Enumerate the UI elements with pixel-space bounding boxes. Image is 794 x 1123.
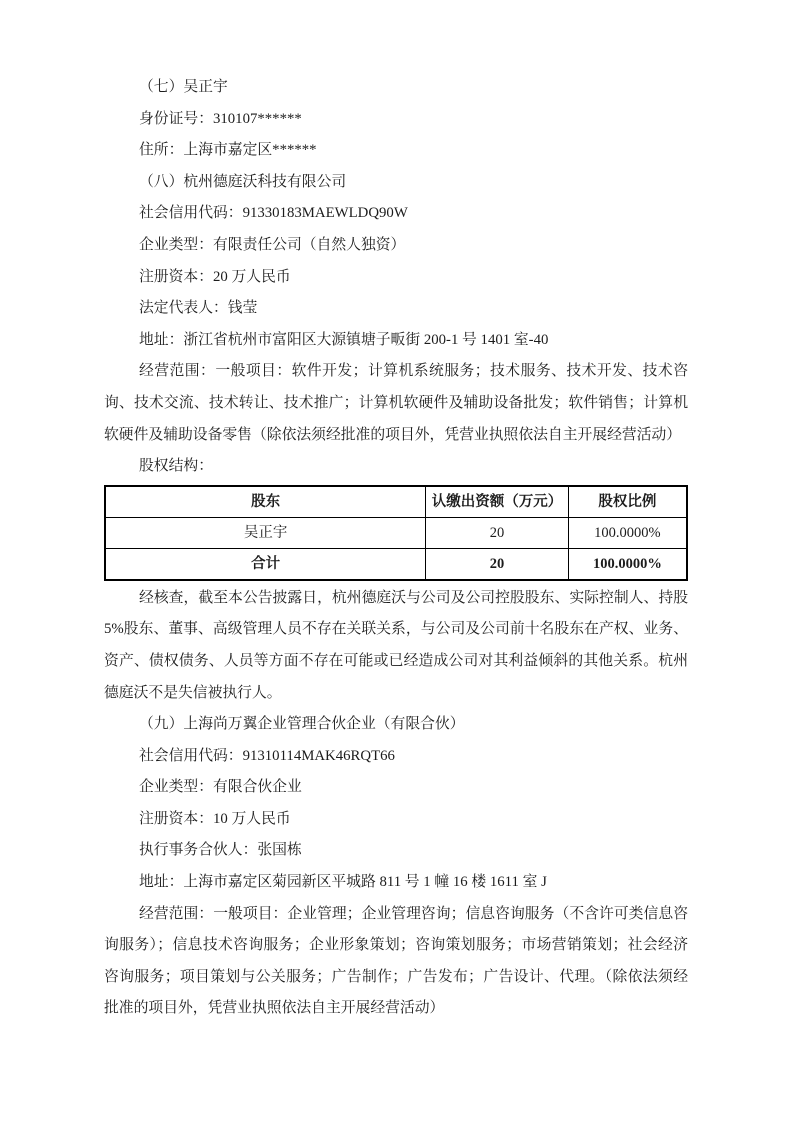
section9-credit-code: 社会信用代码：91310114MAK46RQT66 [104,741,688,773]
equity-structure-label: 股权结构： [104,451,688,483]
equity-cell-capital: 20 [426,517,569,548]
document-page: （七）吴正宇 身份证号：310107****** 住所：上海市嘉定区******… [0,0,794,1123]
section9-company-type: 企业类型：有限合伙企业 [104,772,688,804]
equity-table: 股东 认缴出资额（万元） 股权比例 吴正宇 20 100.0000% 合计 20… [104,485,688,581]
equity-total-label: 合计 [105,548,426,580]
equity-table-header-row: 股东 认缴出资额（万元） 股权比例 [105,486,687,518]
equity-table-header-shareholder: 股东 [105,486,426,518]
equity-cell-ratio: 100.0000% [568,517,687,548]
section8-legal-representative: 法定代表人：钱莹 [104,293,688,325]
section9-heading: （九）上海尚万翼企业管理合伙企业（有限合伙） [104,709,688,741]
section9-business-scope: 经营范围：一般项目：企业管理；企业管理咨询；信息咨询服务（不含许可类信息咨询服务… [104,899,688,1025]
equity-table-header-capital: 认缴出资额（万元） [426,486,569,518]
document-content: （七）吴正宇 身份证号：310107****** 住所：上海市嘉定区******… [104,72,688,1025]
section8-company-type: 企业类型：有限责任公司（自然人独资） [104,230,688,262]
table-row: 吴正宇 20 100.0000% [105,517,687,548]
section9-address: 地址：上海市嘉定区菊园新区平城路 811 号 1 幢 16 楼 1611 室 J [104,867,688,899]
equity-total-capital: 20 [426,548,569,580]
section9-executive-partner: 执行事务合伙人：张国栋 [104,835,688,867]
section8-registered-capital: 注册资本：20 万人民币 [104,262,688,294]
section8-verification: 经核查，截至本公告披露日，杭州德庭沃与公司及公司控股股东、实际控制人、持股 5%… [104,583,688,709]
equity-table-header-ratio: 股权比例 [568,486,687,518]
equity-cell-shareholder: 吴正宇 [105,517,426,548]
section7-heading: （七）吴正宇 [104,72,688,104]
section8-credit-code: 社会信用代码：91330183MAEWLDQ90W [104,198,688,230]
section8-address: 地址：浙江省杭州市富阳区大源镇塘子畈街 200-1 号 1401 室-40 [104,325,688,357]
section9-registered-capital: 注册资本：10 万人民币 [104,804,688,836]
section8-heading: （八）杭州德庭沃科技有限公司 [104,167,688,199]
equity-table-total-row: 合计 20 100.0000% [105,548,687,580]
section7-residence: 住所：上海市嘉定区****** [104,135,688,167]
equity-total-ratio: 100.0000% [568,548,687,580]
section7-id-number: 身份证号：310107****** [104,104,688,136]
section8-business-scope: 经营范围：一般项目：软件开发；计算机系统服务；技术服务、技术开发、技术咨询、技术… [104,356,688,451]
